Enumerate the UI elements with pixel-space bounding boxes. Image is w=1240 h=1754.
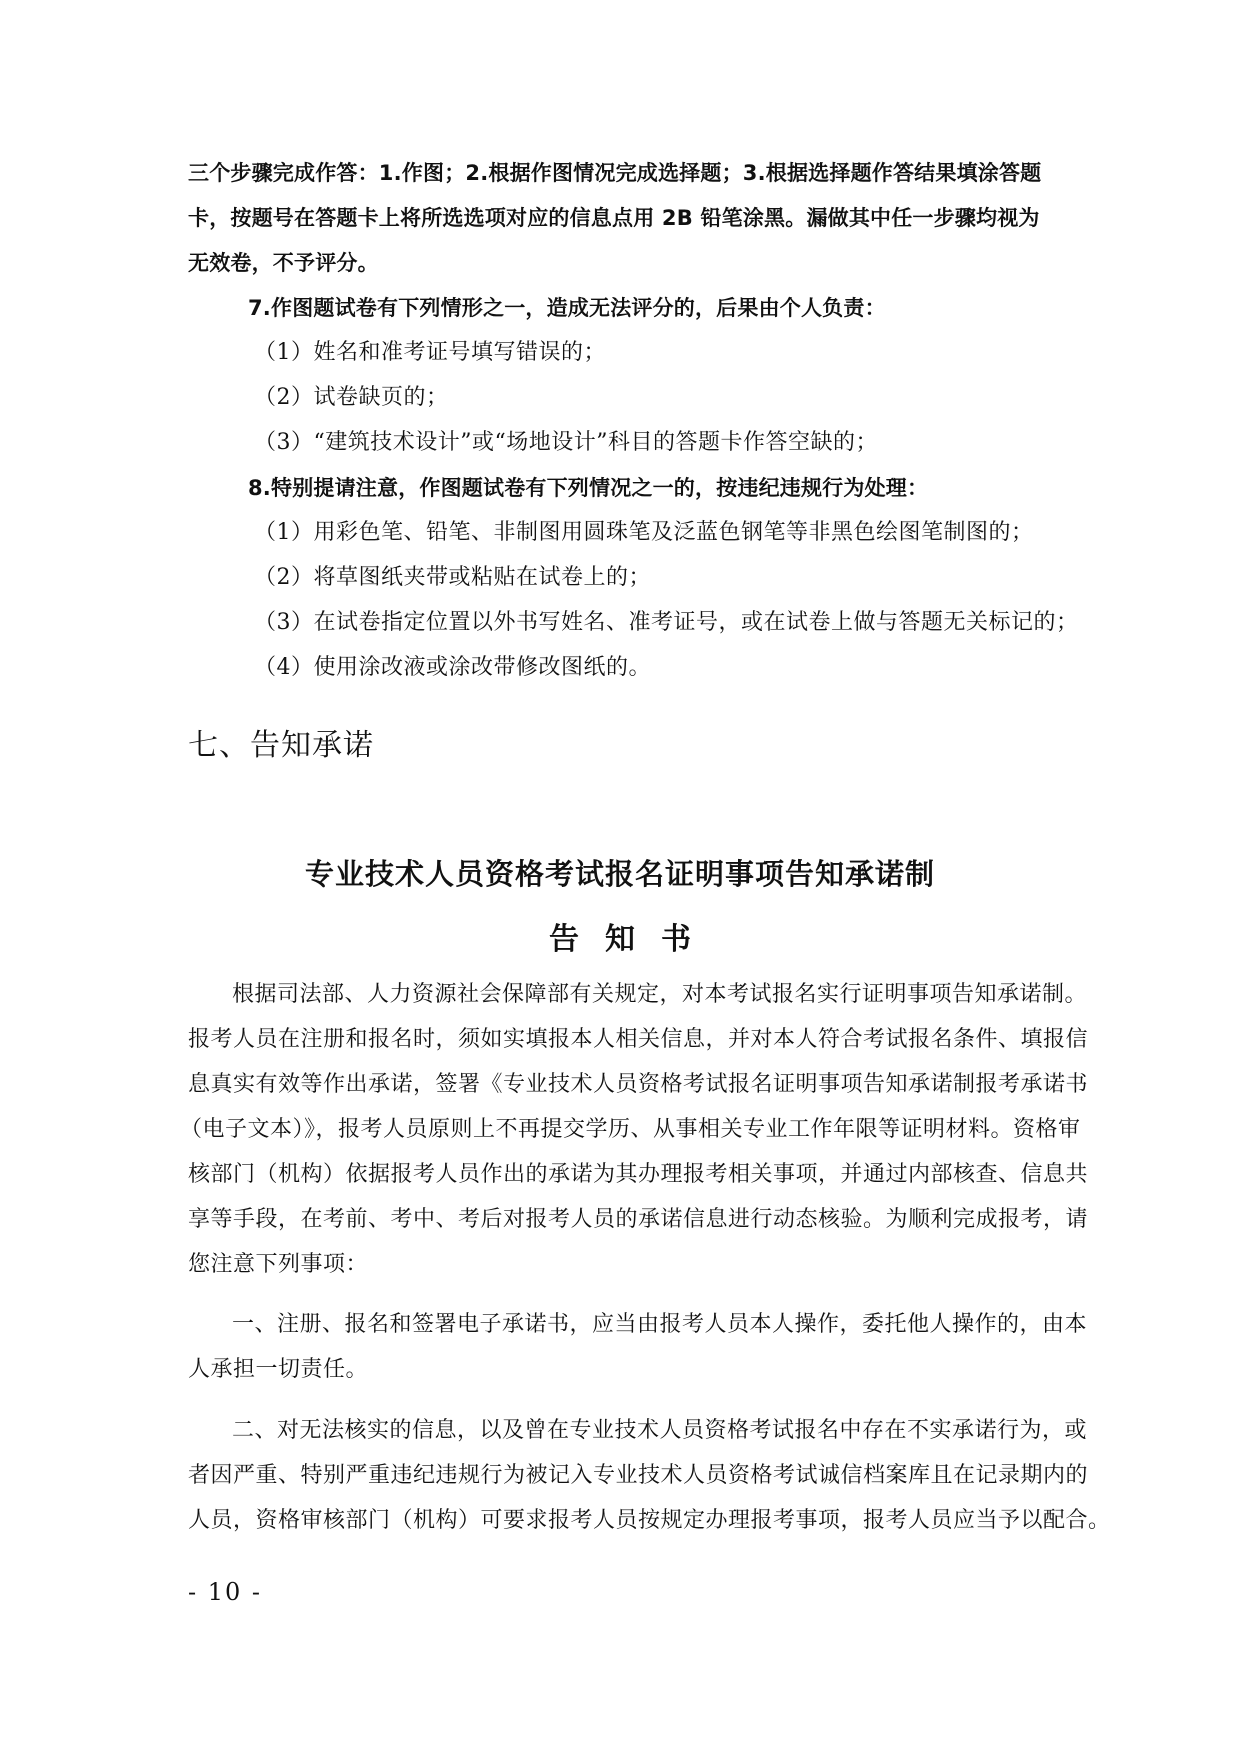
rule7-item-3: （3）“建筑技术设计”或“场地设计”科目的答题卡作答空缺的； <box>254 430 878 456</box>
rule8-item-1: （1）用彩色笔、铅笔、非制图用圆珠笔及泛蓝色钢笔等非黑色绘图笔制图的； <box>254 520 1034 546</box>
rule8-item-4: （4）使用涂改液或涂改带修改图纸的。 <box>254 655 651 681</box>
notice-subtitle: 告知书 <box>0 922 1240 958</box>
item2-line-1: 二、对无法核实的信息，以及曾在专业技术人员资格考试报名中存在不实承诺行为，或 <box>232 1418 1087 1444</box>
item1-line-1: 一、注册、报名和签署电子承诺书，应当由报考人员本人操作，委托他人操作的，由本 <box>232 1312 1087 1338</box>
item2-line-3: 人员，资格审核部门（机构）可要求报考人员按规定办理报考事项，报考人员应当予以配合… <box>188 1508 1111 1534</box>
item1-line-2: 人承担一切责任。 <box>188 1357 368 1383</box>
paragraph1-line-3: 息真实有效等作出承诺，签署《专业技术人员资格考试报名证明事项告知承诺制报考承诺书 <box>188 1072 1088 1098</box>
rule7-item-2: （2）试卷缺页的； <box>254 385 449 411</box>
rule6-line-2: 卡，按题号在答题卡上将所选选项对应的信息点用 2B 铅笔涂黑。漏做其中任一步骤均… <box>188 205 1040 231</box>
paragraph1-line-6: 享等手段，在考前、考中、考后对报考人员的承诺信息进行动态核验。为顺利完成报考，请 <box>188 1207 1088 1233</box>
page-number: - 10 - <box>188 1578 262 1606</box>
document-page: 三个步骤完成作答：1.作图；2.根据作图情况完成选择题；3.根据选择题作答结果填… <box>0 0 1240 1754</box>
paragraph1-line-7: 您注意下列事项： <box>188 1252 368 1278</box>
rule7-heading: 7.作图题试卷有下列情形之一，造成无法评分的，后果由个人负责： <box>248 295 886 321</box>
rule7-item-1: （1）姓名和准考证号填写错误的； <box>254 340 606 366</box>
paragraph1-line-1: 根据司法部、人力资源社会保障部有关规定，对本考试报名实行证明事项告知承诺制。 <box>232 982 1087 1008</box>
rule6-line-1: 三个步骤完成作答：1.作图；2.根据作图情况完成选择题；3.根据选择题作答结果填… <box>188 160 1041 186</box>
section-heading: 七、告知承诺 <box>188 728 374 764</box>
rule8-item-3: （3）在试卷指定位置以外书写姓名、准考证号，或在试卷上做与答题无关标记的； <box>254 610 1079 636</box>
rule8-item-2: （2）将草图纸夹带或粘贴在试卷上的； <box>254 565 651 591</box>
rule6-line-3: 无效卷，不予评分。 <box>188 250 379 276</box>
paragraph1-line-2: 报考人员在注册和报名时，须如实填报本人相关信息，并对本人符合考试报名条件、填报信 <box>188 1027 1088 1053</box>
notice-title: 专业技术人员资格考试报名证明事项告知承诺制 <box>0 856 1240 892</box>
paragraph1-line-4: （电子文本）》，报考人员原则上不再提交学历、从事相关专业工作年限等证明材料。资格… <box>180 1117 1081 1143</box>
item2-line-2: 者因严重、特别严重违纪违规行为被记入专业技术人员资格考试诚信档案库且在记录期内的 <box>188 1463 1088 1489</box>
paragraph1-line-5: 核部门（机构）依据报考人员作出的承诺为其办理报考相关事项，并通过内部核查、信息共 <box>188 1162 1088 1188</box>
rule8-heading: 8.特别提请注意，作图题试卷有下列情况之一的，按违纪违规行为处理： <box>248 475 928 501</box>
